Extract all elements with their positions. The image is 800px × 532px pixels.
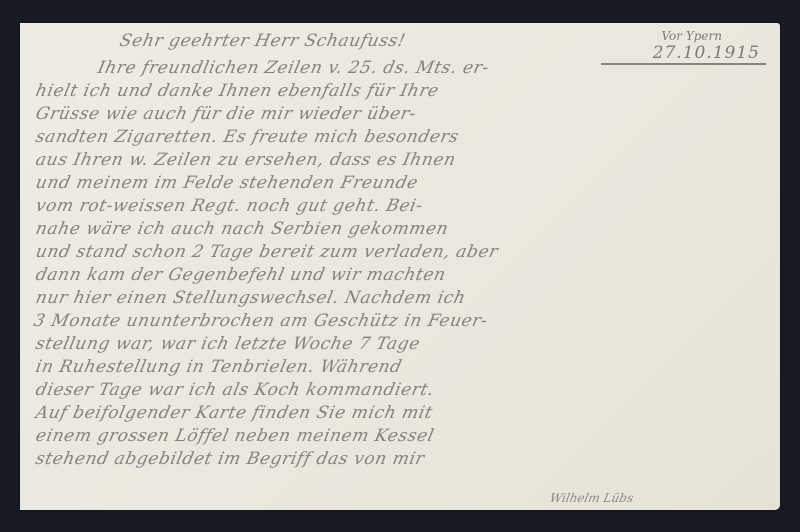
text-line: stehend abgebildet im Begriff das von mi… <box>34 449 427 469</box>
signature: Wilhelm Lübs <box>549 491 635 505</box>
salutation: Sehr geehrter Herr Schaufuss! <box>118 31 408 51</box>
perforated-edge <box>16 23 24 510</box>
letter-header: Vor Ypern 27.10.1915 <box>653 29 760 63</box>
header-underline <box>601 63 766 65</box>
text-line: sandten Zigaretten. Es freute mich beson… <box>34 127 461 147</box>
text-line: Ihre freundlichen Zeilen v. 25. ds. Mts.… <box>96 58 491 78</box>
text-line: einem grossen Löffel neben meinem Kessel <box>34 426 436 446</box>
text-line: hielt ich und danke Ihnen ebenfalls für … <box>34 81 441 101</box>
text-line: dann kam der Gegenbefehl und wir machten <box>34 265 448 285</box>
date-line: 27.10.1915 <box>653 43 760 63</box>
text-line: 3 Monate ununterbrochen am Geschütz in F… <box>32 311 490 331</box>
text-line: vom rot-weissen Regt. noch gut geht. Bei… <box>34 196 425 216</box>
postcard: Vor Ypern 27.10.1915 Sehr geehrter Herr … <box>20 23 780 510</box>
text-line: Auf beifolgender Karte finden Sie mich m… <box>34 403 435 423</box>
place-line: Vor Ypern <box>653 29 722 43</box>
text-line: und stand schon 2 Tage bereit zum verlad… <box>34 242 500 262</box>
text-line: und meinem im Felde stehenden Freunde <box>34 173 420 193</box>
text-line: nahe wäre ich auch nach Serbien gekommen <box>34 219 451 239</box>
text-line: stellung war, war ich letzte Woche 7 Tag… <box>34 334 422 354</box>
text-line: dieser Tage war ich als Koch kommandiert… <box>34 380 436 400</box>
text-line: Grüsse wie auch für die mir wieder über- <box>34 104 418 124</box>
text-line: in Ruhestellung in Tenbrielen. Während <box>34 357 404 377</box>
text-line: nur hier einen Stellungswechsel. Nachdem… <box>34 288 468 308</box>
text-line: aus Ihren w. Zeilen zu ersehen, dass es … <box>34 150 458 170</box>
